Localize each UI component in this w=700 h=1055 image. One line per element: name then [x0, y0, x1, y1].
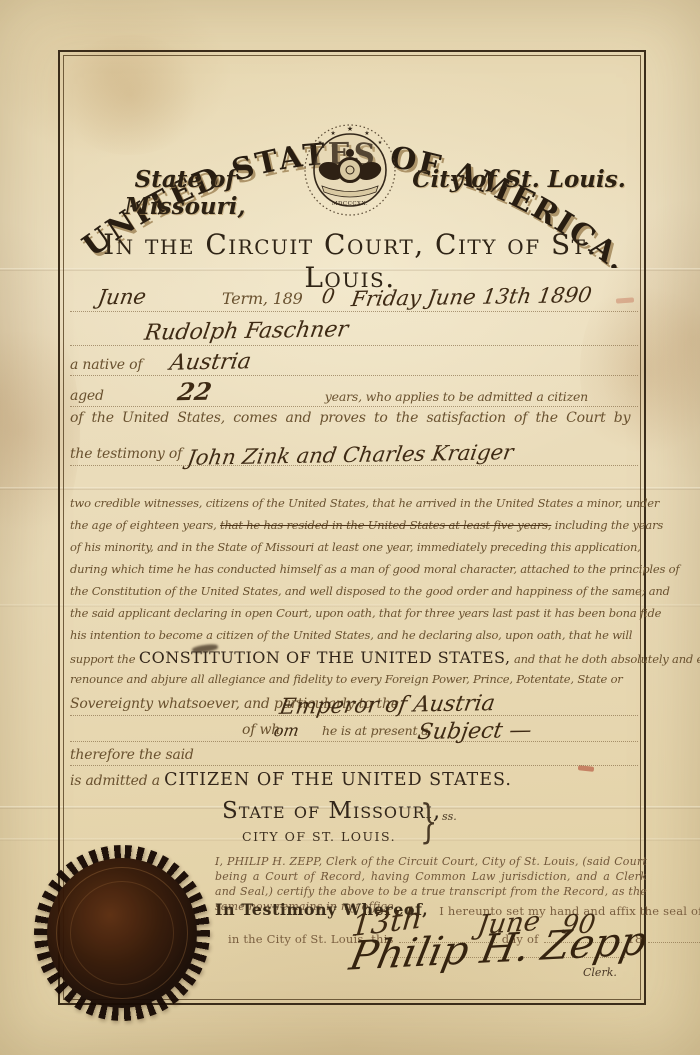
clerk-label: Clerk. [583, 966, 617, 979]
body-line-3: of his minority, and in the State of Mis… [70, 540, 594, 562]
handwritten-whom-fill: om [272, 721, 300, 740]
term-line: June Term, 189 0 Friday June 13th 1890 [70, 274, 638, 312]
body-line-8-pre: support the [70, 652, 139, 666]
body-line-2-struck: that he has resided in the United States… [220, 518, 551, 532]
testimonium-line-1: In Testimony Whereof, I hereunto set my … [215, 900, 700, 919]
seal-helmet [346, 149, 354, 157]
venue-brace: } [420, 794, 438, 848]
handwritten-witnesses: John Zink and Charles Kraiger [186, 440, 516, 470]
at-present-printed: he is at present a [322, 723, 428, 738]
printed-term-label: Term, 189 [222, 289, 303, 308]
handwritten-term-month: June [96, 285, 148, 310]
body-line-5: the Constitution of the United States, a… [70, 584, 594, 606]
aged-line: aged 22 years, who applies to be admitte… [70, 381, 638, 407]
applicant-name-line: Rudolph Faschner [70, 313, 638, 346]
admitted-prefix: is admitted a [70, 773, 164, 789]
body-line-8: support the CONSTITUTION OF THE UNITED S… [70, 648, 594, 672]
document-paper: UNITED STATES OF AMERICA. UNITED STATES … [0, 0, 700, 1055]
therefore-line: therefore the said [70, 746, 638, 766]
aged-suffix-text: years, who applies to be admitted a citi… [325, 389, 588, 404]
svg-text:★: ★ [347, 125, 353, 133]
seal-center-shield [339, 159, 362, 182]
body-line-6: the said applicant declaring in open Cou… [70, 606, 594, 628]
testimony-label: the testimony of [70, 446, 182, 462]
aged-label: aged [70, 388, 104, 404]
testimony-line: the testimony of John Zink and Charles K… [70, 436, 638, 466]
native-of-label: a native of [70, 357, 142, 373]
handwritten-native-country: Austria [168, 349, 253, 375]
body-line-2: the age of eighteen years, that he has r… [70, 518, 594, 540]
admitted-line: is admitted a CITIZEN OF THE UNITED STAT… [70, 770, 638, 790]
body-line-2-pre: the age of eighteen years, [70, 518, 220, 532]
body-line-4: during which time he has conducted himse… [70, 562, 594, 584]
venue-state-caption: State of Missouri, [222, 798, 441, 824]
body-line-1: two credible witnesses, citizens of the … [70, 496, 594, 518]
constitution-caps-text: CONSTITUTION OF THE UNITED STATES, [139, 648, 511, 667]
handwritten-age: 22 [176, 377, 214, 407]
handwritten-hearing-date: Friday June 13th 1890 [350, 283, 594, 311]
missouri-state-seal-icon: ★ ★ ★ ★ ★ MDCCCXX. [300, 120, 400, 228]
court-seal-inner-ring [70, 881, 174, 985]
native-of-line: a native of Austria [70, 349, 638, 376]
handwritten-term-year-fill: 0 [320, 284, 337, 308]
svg-text:★: ★ [318, 140, 323, 146]
city-of-st-louis-label: City of St. Louis. [402, 166, 636, 193]
svg-text:★: ★ [330, 130, 335, 137]
venue-ss-label: ss. [442, 810, 457, 823]
year-blank-line [648, 942, 700, 943]
comes-and-proves-line: of the United States, comes and proves t… [70, 410, 594, 426]
venue-city-caption: CITY OF ST. LOUIS. [242, 829, 396, 844]
handwritten-subject: Subject — [416, 718, 534, 745]
body-line-8-post: and that he doth absolutely and entirely [511, 652, 700, 666]
state-of-missouri-label: State of Missouri, [72, 166, 298, 220]
body-line-2-post: including the years [551, 518, 663, 532]
court-embossed-seal-icon [34, 845, 210, 1021]
body-line-10: Sovereignty whatsoever, and particularly… [70, 688, 638, 716]
svg-text:★: ★ [378, 140, 383, 146]
therefore-label: therefore the said [70, 747, 194, 763]
body-line-7: his intention to become a citizen of the… [70, 628, 594, 650]
citizen-caps-text: CITIZEN OF THE UNITED STATES. [164, 770, 512, 790]
seal-year-text: MDCCCXX. [332, 201, 368, 207]
handwritten-applicant-name: Rudolph Faschner [143, 317, 350, 346]
svg-text:★: ★ [364, 130, 369, 137]
subject-line: of wh om he is at present a Subject — [70, 716, 638, 742]
